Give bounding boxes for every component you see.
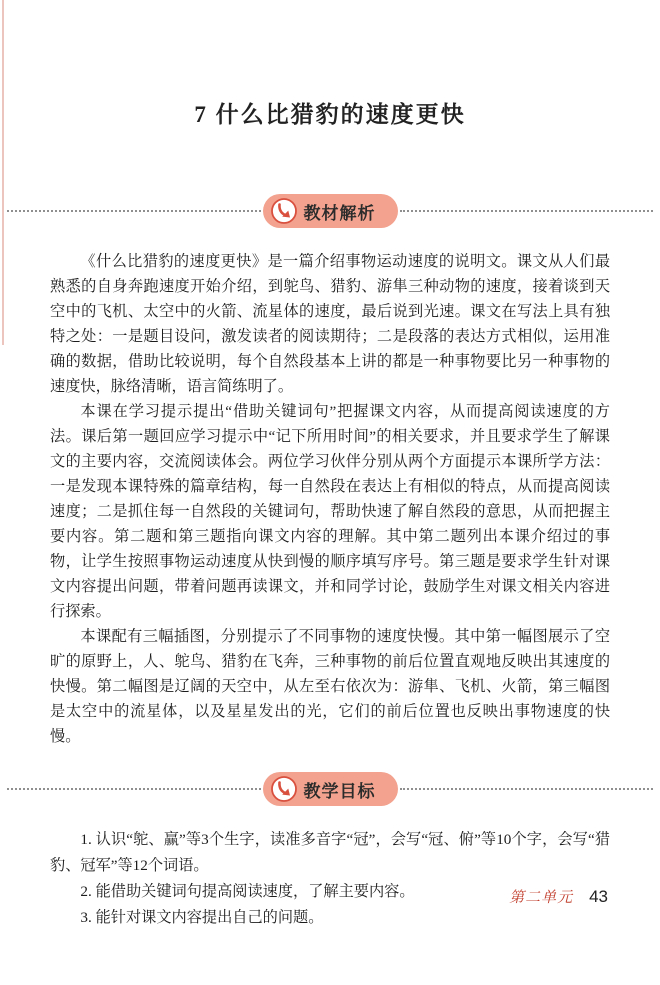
dotted-divider-left — [7, 210, 261, 212]
section-header-objectives: 教学目标 — [7, 771, 653, 807]
arrow-down-right-icon — [271, 198, 297, 224]
section-header-analysis: 教材解析 — [7, 193, 653, 229]
arrow-down-right-icon — [271, 776, 297, 802]
objective-item-3: 3. 能针对课文内容提出自己的问题。 — [50, 905, 610, 931]
page-edge-line — [2, 0, 4, 345]
dotted-divider-left — [7, 788, 261, 790]
objectives-badge-label: 教学目标 — [304, 777, 376, 802]
objectives-badge: 教学目标 — [263, 772, 398, 806]
analysis-paragraph-1: 《什么比猎豹的速度更快》是一篇介绍事物运动速度的说明文。课文从人们最熟悉的自身奔… — [50, 249, 610, 399]
analysis-paragraph-2: 本课在学习提示提出“借助关键词句”把握课文内容，从而提高阅读速度的方法。课后第一… — [50, 399, 610, 624]
unit-label: 第二单元 — [509, 886, 573, 907]
dotted-divider-right — [400, 210, 654, 212]
analysis-paragraph-3: 本课配有三幅插图，分别提示了不同事物的速度快慢。其中第一幅图展示了空旷的原野上，… — [50, 624, 610, 749]
objective-item-1: 1. 认识“鸵、赢”等3个生字，读准多音字“冠”，会写“冠、俯”等10个字，会写… — [50, 827, 610, 879]
textbook-page: 7 什么比猎豹的速度更快 教材解析 《什么比猎豹的速度更快》是一篇介绍事物运动速… — [0, 0, 660, 985]
page-number: 43 — [589, 887, 608, 907]
lesson-title: 7 什么比猎豹的速度更快 — [0, 0, 660, 129]
analysis-badge-label: 教材解析 — [304, 199, 376, 224]
analysis-badge: 教材解析 — [263, 194, 398, 228]
dotted-divider-right — [400, 788, 654, 790]
analysis-text: 《什么比猎豹的速度更快》是一篇介绍事物运动速度的说明文。课文从人们最熟悉的自身奔… — [50, 249, 610, 749]
objectives-list: 1. 认识“鸵、赢”等3个生字，读准多音字“冠”，会写“冠、俯”等10个字，会写… — [50, 827, 610, 931]
page-footer: 第二单元 43 — [509, 886, 608, 907]
